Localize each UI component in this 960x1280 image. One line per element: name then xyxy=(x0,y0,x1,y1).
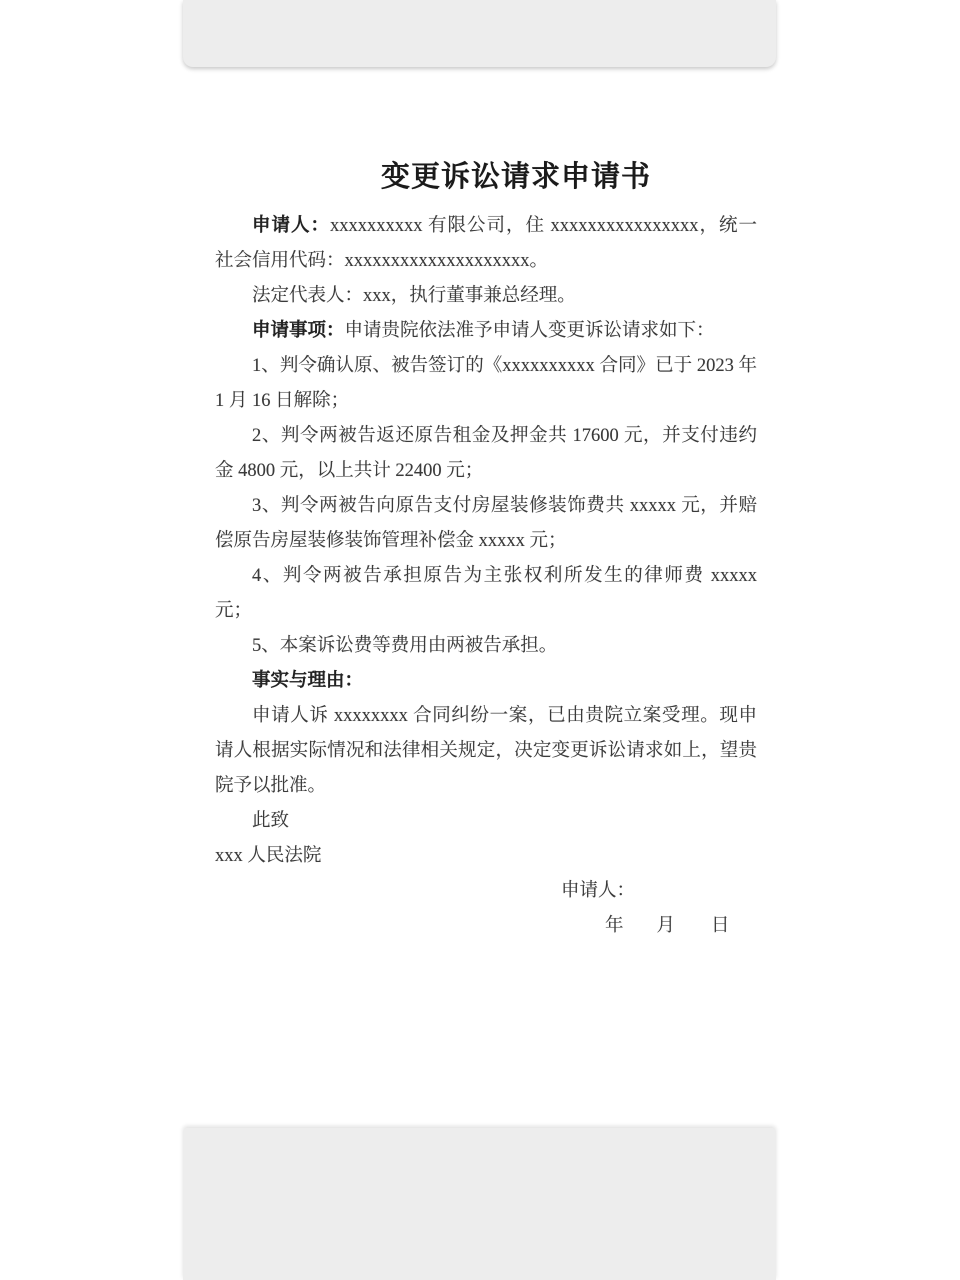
request-paragraph: 申请事项：申请贵院依法准予申请人变更诉讼请求如下： xyxy=(215,314,757,349)
applicant-label: 申请人： xyxy=(252,216,330,236)
previous-page-edge xyxy=(183,0,776,67)
year-label: 年 xyxy=(605,916,624,936)
closing-salute: 此致 xyxy=(215,804,757,839)
request-text: 申请贵院依法准予申请人变更诉讼请求如下： xyxy=(345,321,715,341)
next-page-edge xyxy=(183,1128,776,1280)
claim-item-1: 1、判令确认原、被告签订的《xxxxxxxxxx 合同》已于 2023 年 1 … xyxy=(215,349,757,419)
signature-date-line: 年月日 xyxy=(215,909,757,944)
signature-block: 申请人： 年月日 xyxy=(215,874,757,944)
document-title: 变更诉讼请求申请书 xyxy=(245,158,787,196)
request-label: 申请事项： xyxy=(252,321,345,341)
day-label: 日 xyxy=(711,916,730,936)
court-line: xxx 人民法院 xyxy=(215,839,757,874)
month-label: 月 xyxy=(657,916,676,936)
claim-item-4: 4、判令两被告承担原告为主张权利所发生的律师费 xxxxx 元； xyxy=(215,559,757,629)
claim-item-5: 5、本案诉讼费等费用由两被告承担。 xyxy=(215,629,757,664)
screenshot-root: { "colors": { "page_background": "#fffff… xyxy=(0,0,960,1280)
facts-heading: 事实与理由： xyxy=(215,664,757,699)
claim-item-3: 3、判令两被告向原告支付房屋装修装饰费共 xxxxx 元，并赔偿原告房屋装修装饰… xyxy=(215,489,757,559)
signature-applicant-label: 申请人： xyxy=(215,874,757,909)
facts-paragraph: 申请人诉 xxxxxxxx 合同纠纷一案，已由贵院立案受理。现申请人根据实际情况… xyxy=(215,699,757,804)
legal-rep-line: 法定代表人：xxx，执行董事兼总经理。 xyxy=(215,279,757,314)
claim-item-2: 2、判令两被告返还原告租金及押金共 17600 元，并支付违约金 4800 元，… xyxy=(215,419,757,489)
document-page: 变更诉讼请求申请书 申请人：xxxxxxxxxx 有限公司，住 xxxxxxxx… xyxy=(215,158,757,944)
applicant-paragraph: 申请人：xxxxxxxxxx 有限公司，住 xxxxxxxxxxxxxxxx，统… xyxy=(215,209,757,279)
